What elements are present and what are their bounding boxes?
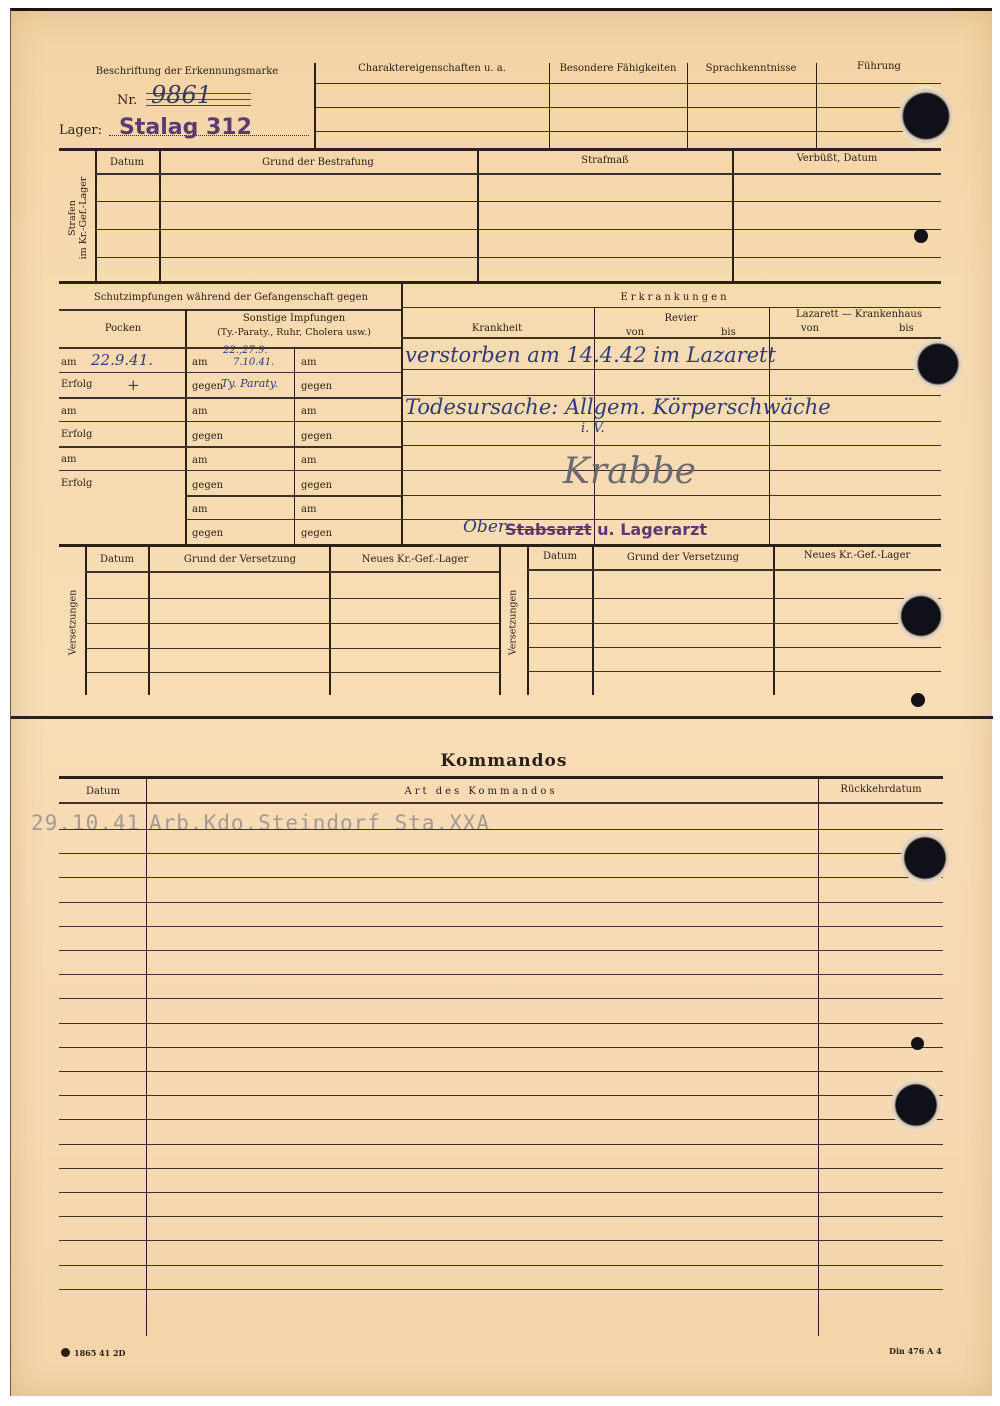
pocken-date: 22.9.41.: [91, 351, 153, 369]
kommando-row-1-datum: 29.10.41: [31, 811, 140, 835]
lazarett-von: von: [801, 323, 819, 334]
strafen-col-verbuesst: Verbüßt, Datum: [797, 153, 878, 164]
sonstige-gegen-1a: gegen: [192, 381, 223, 392]
sonstige-gegen-4a: gegen: [192, 528, 223, 539]
col-fuehrung: Führung: [857, 61, 901, 72]
doctor-stamp: Stabsarzt u. Lagerarzt: [505, 520, 707, 539]
pow-record-card: Beschriftung der Erkennungsmarke Nr. 986…: [10, 8, 992, 1396]
sonstige-date-1: 22.,27.9.: [223, 345, 268, 356]
vers-right-col-lager: Neues Kr.-Gef.-Lager: [804, 550, 911, 561]
cause-of-death: Todesursache: Allgem. Körperschwäche: [405, 395, 831, 419]
versetzungen-side-left: Versetzungen: [68, 573, 79, 673]
signature: Krabbe: [563, 451, 696, 492]
punch-hole-icon: [911, 693, 925, 707]
form-number: 1865 41 2D: [61, 1348, 125, 1358]
punch-hole-icon: [914, 229, 928, 243]
sonstige-gegen-2a: gegen: [192, 431, 223, 442]
erkrankungen-title: Erkrankungen: [620, 292, 729, 303]
versetzungen-side-right: Versetzungen: [508, 573, 519, 673]
kommandos-col-datum: Datum: [86, 786, 120, 797]
sonstige-am-1b: am: [301, 357, 316, 368]
pocken-erfolg-1: Erfolg: [61, 379, 92, 390]
pocken-erfolg-value: +: [127, 376, 140, 394]
strafen-col-grund: Grund der Bestrafung: [262, 157, 374, 168]
torn-hole-icon: [897, 591, 945, 641]
torn-hole-icon: [901, 831, 949, 885]
sonstige-label-1: Sonstige Impfungen: [243, 313, 345, 324]
strafen-col-strafmass: Strafmaß: [581, 155, 628, 166]
torn-hole-icon: [891, 1079, 941, 1131]
revier-label: Revier: [665, 313, 698, 324]
vers-left-col-grund: Grund der Versetzung: [184, 554, 296, 565]
tag-number: 9861: [151, 81, 212, 109]
pocken-am-1: am: [61, 357, 76, 368]
punch-hole-icon: [911, 1037, 924, 1050]
fold-line: [11, 716, 993, 719]
pocken-am-3: am: [61, 454, 76, 465]
krankheit-label: Krankheit: [472, 323, 522, 334]
sonstige-am-2a: am: [192, 406, 207, 417]
vers-left-col-datum: Datum: [100, 554, 134, 565]
ober-handwritten: Ober: [463, 517, 506, 537]
iv-note: i. V.: [581, 421, 605, 436]
sonstige-am-4b: am: [301, 504, 316, 515]
strafen-side-label: Strafenim Kr.-Gef.-Lager: [67, 168, 89, 268]
lazarett-bis: bis: [899, 323, 914, 334]
pocken-erfolg-2: Erfolg: [61, 429, 92, 440]
pocken-label: Pocken: [105, 323, 141, 334]
lager-stamp: Stalag 312: [119, 115, 252, 140]
col-faehigkeiten: Besondere Fähigkeiten: [560, 63, 677, 74]
lazarett-label: Lazarett — Krankenhaus: [796, 309, 922, 320]
sonstige-am-3b: am: [301, 455, 316, 466]
sonstige-gegen-3b: gegen: [301, 480, 332, 491]
kommando-row-1-art: Arb.Kdo.Steindorf Sta.XXA: [149, 811, 490, 835]
kommandos-col-art: Art des Kommandos: [405, 786, 558, 797]
death-entry: verstorben am 14.4.42 im Lazarett: [405, 343, 776, 367]
sonstige-gegen-value: Ty. Paraty.: [221, 377, 278, 390]
sonstige-am-2b: am: [301, 406, 316, 417]
tag-label: Beschriftung der Erkennungsmarke: [96, 66, 278, 77]
sonstige-gegen-2b: gegen: [301, 431, 332, 442]
sonstige-date-2: 7.10.41.: [233, 357, 274, 368]
pocken-erfolg-3: Erfolg: [61, 478, 92, 489]
sonstige-am-4a: am: [192, 504, 207, 515]
sonstige-am-3a: am: [192, 455, 207, 466]
impfungen-title: Schutzimpfungen während der Gefangenscha…: [94, 292, 368, 303]
vers-right-col-grund: Grund der Versetzung: [627, 552, 739, 563]
kommandos-col-rueckkehr: Rückkehrdatum: [840, 784, 921, 795]
nr-label: Nr.: [117, 93, 137, 108]
sonstige-gegen-4b: gegen: [301, 528, 332, 539]
torn-hole-icon: [899, 86, 953, 146]
torn-hole-icon: [913, 339, 963, 389]
sonstige-gegen-1b: gegen: [301, 381, 332, 392]
din-format: Din 476 A 4: [889, 1346, 942, 1356]
sonstige-gegen-3a: gegen: [192, 480, 223, 491]
vers-right-col-datum: Datum: [543, 551, 577, 562]
strafen-col-datum: Datum: [110, 157, 144, 168]
sonstige-label-2: (Ty.-Paraty., Ruhr, Cholera usw.): [217, 327, 371, 338]
eagle-emblem-icon: [61, 1348, 70, 1357]
lager-label: Lager:: [59, 123, 102, 138]
col-charakter: Charaktereigenschaften u. a.: [358, 63, 506, 74]
pocken-am-2: am: [61, 406, 76, 417]
kommandos-title: Kommandos: [441, 751, 568, 771]
sonstige-am-1a: am: [192, 357, 207, 368]
col-sprachen: Sprachkenntnisse: [706, 63, 797, 74]
vers-left-col-lager: Neues Kr.-Gef.-Lager: [362, 554, 469, 565]
